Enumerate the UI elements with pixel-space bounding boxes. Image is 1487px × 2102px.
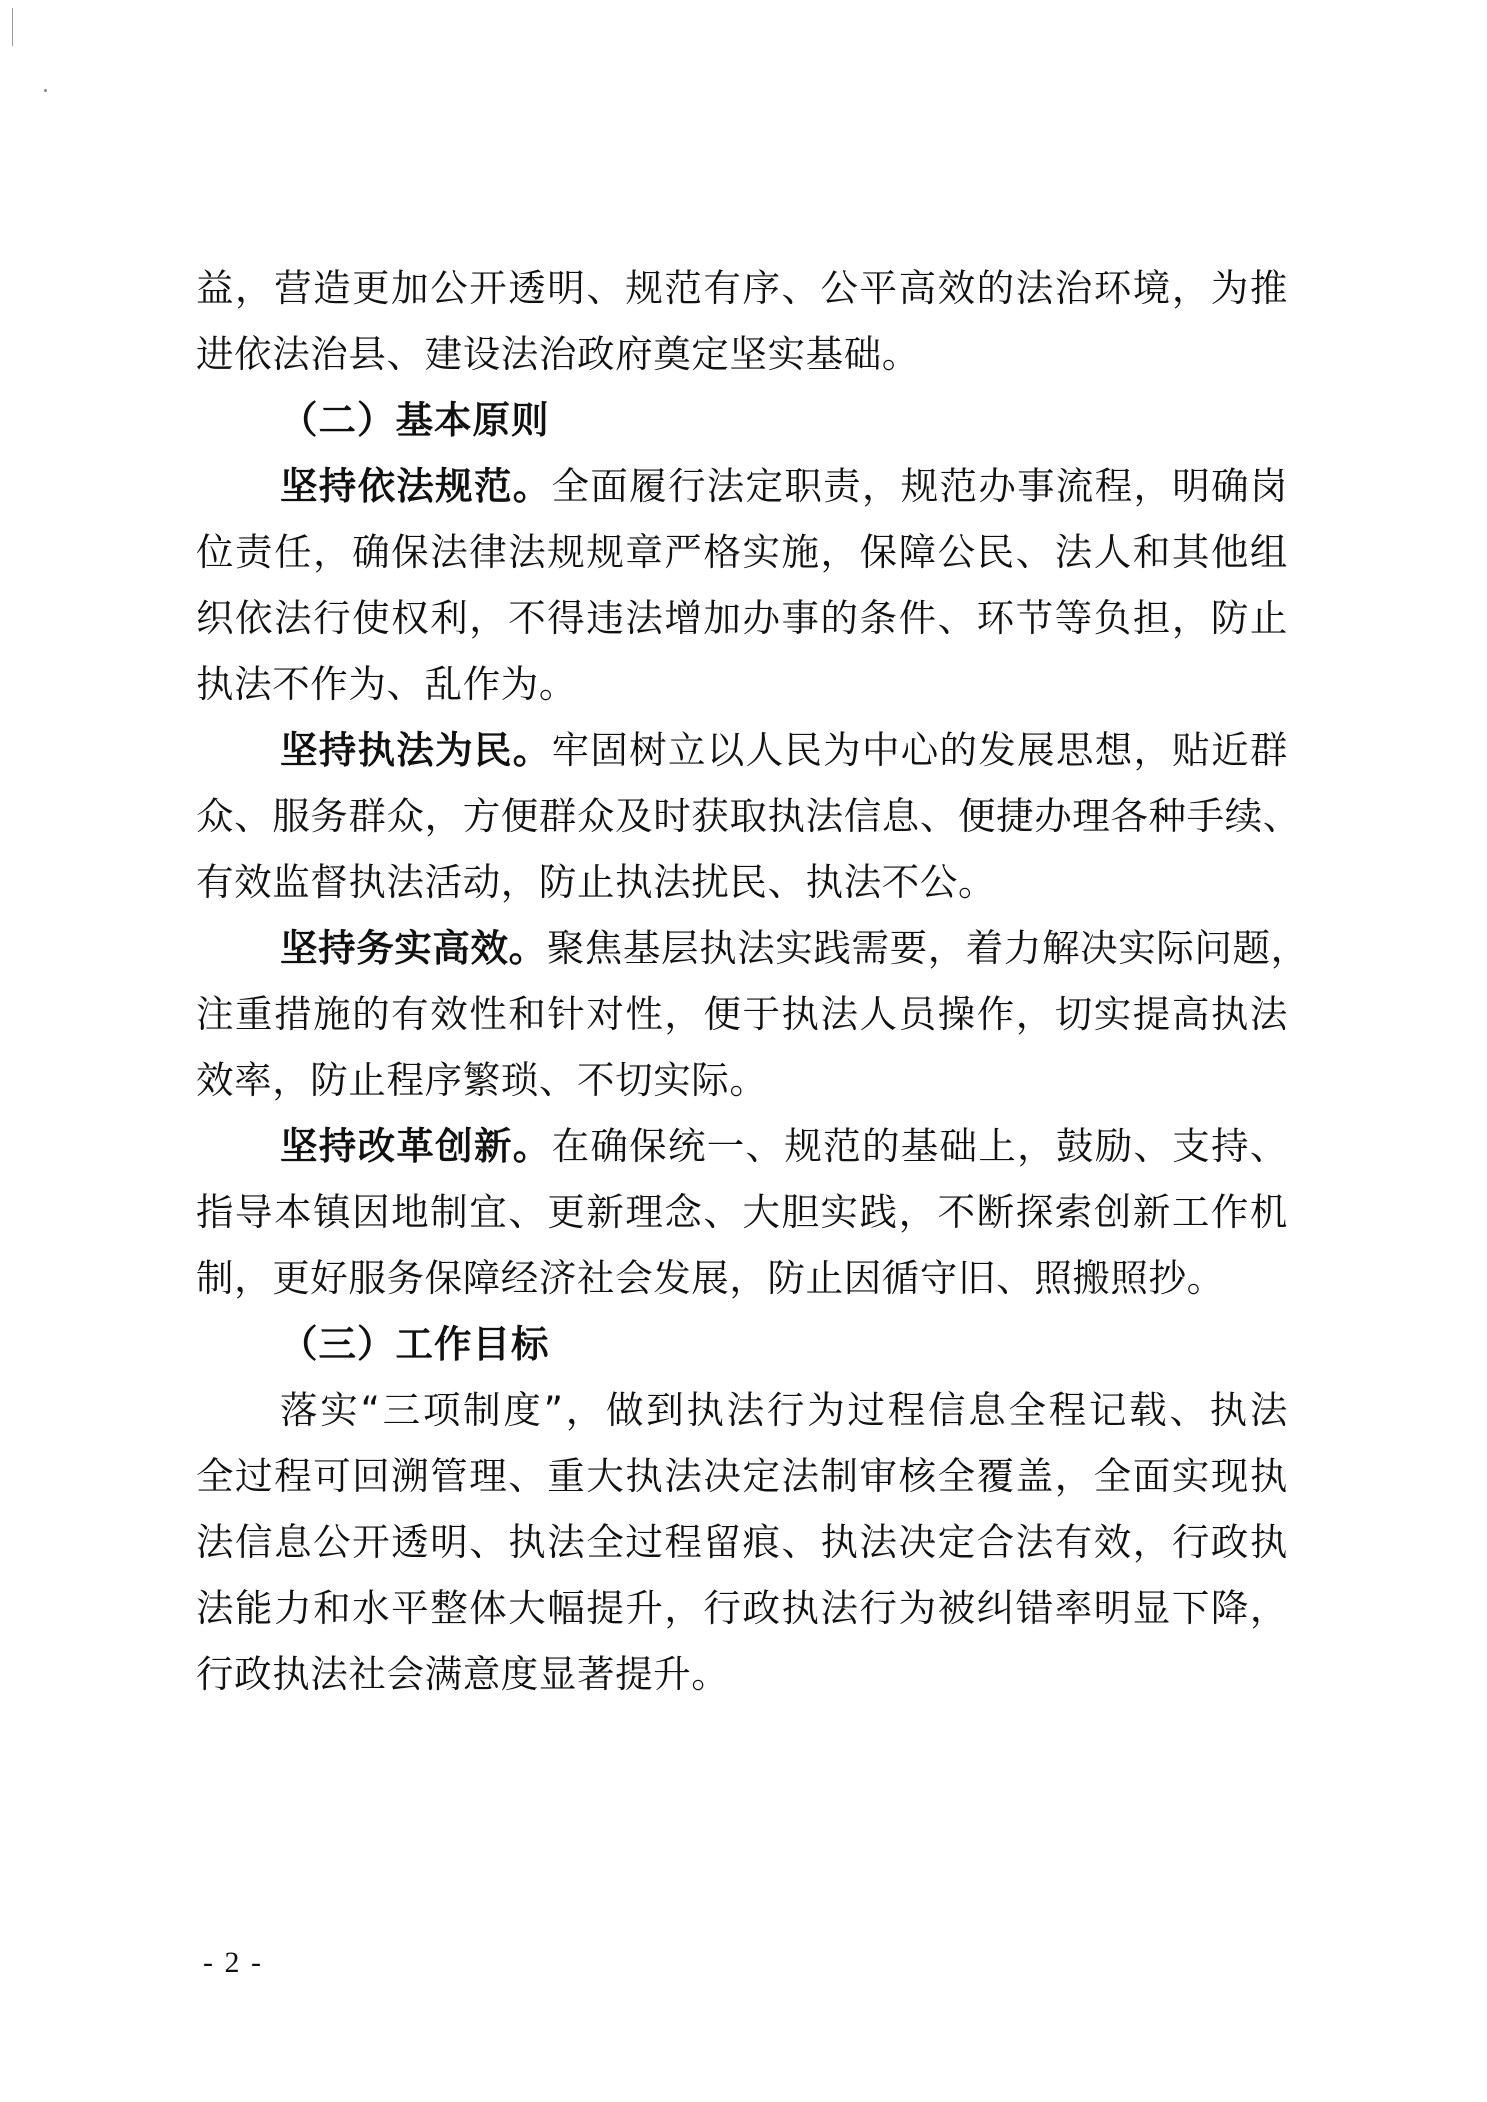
text-line: 行政执法社会满意度显著提升。 <box>196 1641 1288 1707</box>
text-line: 有效监督执法活动，防止执法扰民、执法不公。 <box>196 849 1288 915</box>
principle-text: 聚焦基层执法实践需要，着力解决实际问题， <box>547 926 1309 970</box>
principle-lead: 坚持改革创新。 <box>280 1124 552 1168</box>
section-heading-basic-principles: （二）基本原则 <box>196 387 1288 453</box>
principle-text: 在确保统一、规范的基础上，鼓励、支持、 <box>552 1124 1288 1168</box>
text-line: 众、服务群众，方便群众及时获取执法信息、便捷办理各种手续、 <box>196 783 1288 849</box>
text-line: 效率，防止程序繁琐、不切实际。 <box>196 1047 1288 1113</box>
scan-artifact-line <box>12 8 13 46</box>
principle-paragraph-reform-innovation: 坚持改革创新。在确保统一、规范的基础上，鼓励、支持、 指导本镇因地制宜、更新理念… <box>196 1113 1288 1311</box>
text-line: 全过程可回溯管理、重大执法决定法制审核全覆盖，全面实现执 <box>196 1443 1288 1509</box>
text-line: 坚持依法规范。全面履行法定职责，规范办事流程，明确岗 <box>196 453 1288 519</box>
text-line: 位责任，确保法律法规规章严格实施，保障公民、法人和其他组 <box>196 519 1288 585</box>
text-line: 织依法行使权利，不得违法增加办事的条件、环节等负担，防止 <box>196 585 1288 651</box>
intro-paragraph: 益，营造更加公开透明、规范有序、公平高效的法治环境，为推 进依法治县、建设法治政… <box>196 255 1288 387</box>
principle-lead: 坚持务实高效。 <box>280 926 547 970</box>
principle-lead: 坚持执法为民。 <box>280 728 552 772</box>
principle-paragraph-for-the-people: 坚持执法为民。牢固树立以人民为中心的发展思想，贴近群 众、服务群众，方便群众及时… <box>196 717 1288 915</box>
page-number: - 2 - <box>203 1946 263 1980</box>
principle-text: 全面履行法定职责，规范办事流程，明确岗 <box>552 464 1288 508</box>
text-line: 坚持改革创新。在确保统一、规范的基础上，鼓励、支持、 <box>196 1113 1288 1179</box>
principle-paragraph-pragmatic-efficient: 坚持务实高效。聚焦基层执法实践需要，着力解决实际问题， 注重措施的有效性和针对性… <box>196 915 1288 1113</box>
principle-text: 牢固树立以人民为中心的发展思想，贴近群 <box>552 728 1288 772</box>
principle-lead: 坚持依法规范。 <box>280 464 552 508</box>
text-line: 坚持执法为民。牢固树立以人民为中心的发展思想，贴近群 <box>196 717 1288 783</box>
text-line: 法能力和水平整体大幅提升，行政执法行为被纠错率明显下降， <box>196 1575 1288 1641</box>
text-line: 落实“三项制度”，做到执法行为过程信息全程记载、执法 <box>196 1377 1288 1443</box>
text-line: 法信息公开透明、执法全过程留痕、执法决定合法有效，行政执 <box>196 1509 1288 1575</box>
section-heading-work-goals: （三）工作目标 <box>196 1311 1288 1377</box>
text-line: 进依法治县、建设法治政府奠定坚实基础。 <box>196 321 1288 387</box>
document-page: 益，营造更加公开透明、规范有序、公平高效的法治环境，为推 进依法治县、建设法治政… <box>196 255 1288 1707</box>
principle-paragraph-lawful-norms: 坚持依法规范。全面履行法定职责，规范办事流程，明确岗 位责任，确保法律法规规章严… <box>196 453 1288 717</box>
text-line: 制，更好服务保障经济社会发展，防止因循守旧、照搬照抄。 <box>196 1245 1288 1311</box>
scan-artifact-dot <box>44 89 47 92</box>
text-line: 注重措施的有效性和针对性，便于执法人员操作，切实提高执法 <box>196 981 1288 1047</box>
work-goals-paragraph: 落实“三项制度”，做到执法行为过程信息全程记载、执法 全过程可回溯管理、重大执法… <box>196 1377 1288 1707</box>
text-line: 益，营造更加公开透明、规范有序、公平高效的法治环境，为推 <box>196 255 1288 321</box>
text-line: 指导本镇因地制宜、更新理念、大胆实践，不断探索创新工作机 <box>196 1179 1288 1245</box>
text-line: 执法不作为、乱作为。 <box>196 651 1288 717</box>
text-line: 坚持务实高效。聚焦基层执法实践需要，着力解决实际问题， <box>196 915 1288 981</box>
